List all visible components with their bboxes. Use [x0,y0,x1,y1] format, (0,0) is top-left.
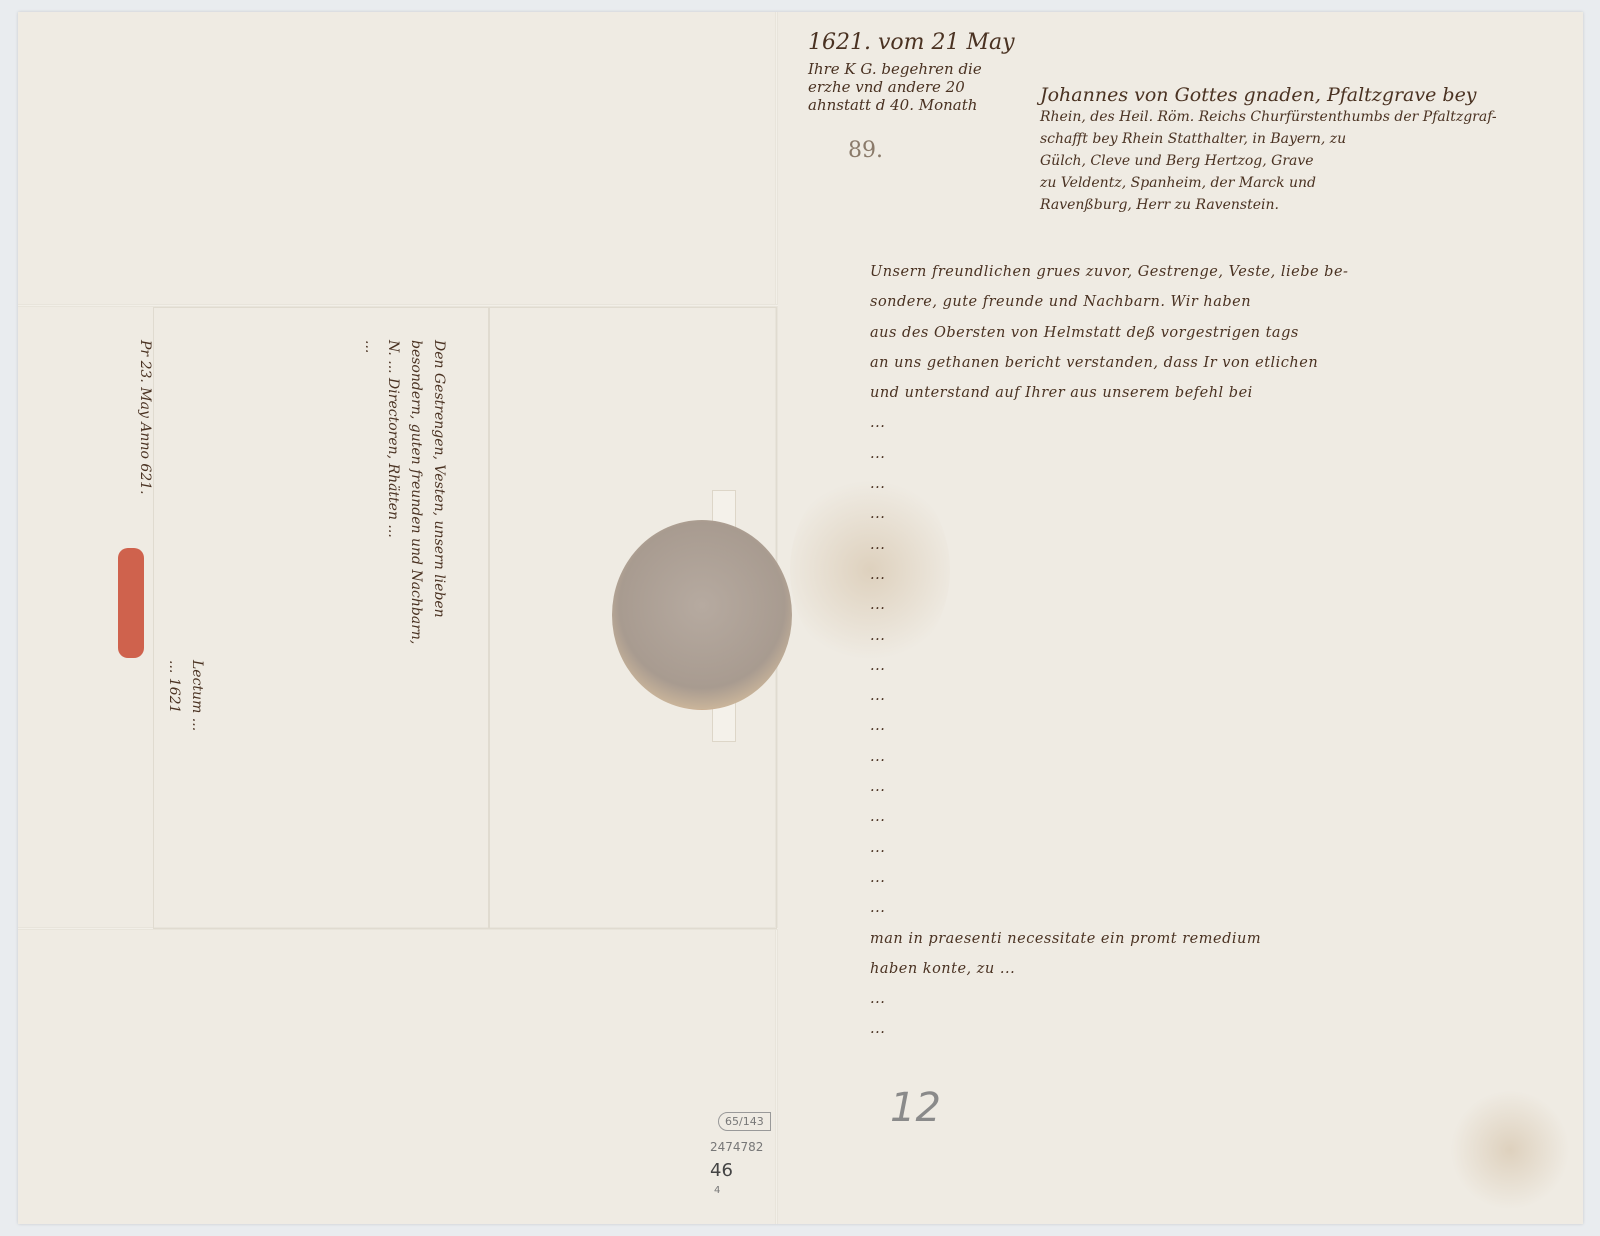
body-line: ... [870,743,1550,773]
body-line: ... [870,591,1550,621]
body-line: ... [870,1015,1550,1045]
body-line: haben konte, zu ... [870,955,1550,985]
corner-stain [1450,1090,1570,1210]
body-line: ... [870,834,1550,864]
summary-line: ahnstatt d 40. Monath [808,96,1038,114]
title-line: Rhein, des Heil. Röm. Reichs Churfürsten… [1040,106,1497,128]
body-line: ... [870,531,1550,561]
address-text: Den Gestrengen, Vesten, unsern lieben be… [133,340,450,900]
body-line: ... [870,894,1550,924]
folio-number: 89. [848,138,883,163]
address-line: besondern, guten freunden und Nachbarn, [404,340,427,900]
title-line: Gülch, Cleve und Berg Hertzog, Grave [1040,150,1497,172]
sheet-number: 46 [710,1160,733,1181]
red-wax-remnant [118,548,144,658]
body-line: aus des Obersten von Helmstatt deß vorge… [870,319,1550,349]
address-block: Den Gestrengen, Vesten, unsern lieben be… [170,340,450,900]
archive-circle-mark: 65/143 [718,1112,771,1131]
body-line: ... [870,561,1550,591]
body-line: man in praesenti necessitate ein promt r… [870,925,1550,955]
page-number: 12 [890,1085,941,1131]
body-line: ... [870,440,1550,470]
address-line: Den Gestrengen, Vesten, unsern lieben [427,340,450,900]
body-line: ... [870,470,1550,500]
body-line: und unterstand auf Ihrer aus unserem bef… [870,379,1550,409]
body-line: sondere, gute freunde und Nachbarn. Wir … [870,288,1550,318]
address-line: ... [358,340,381,900]
body-line: ... [870,803,1550,833]
summary-note: Ihre K G. begehren die erzhe vnd andere … [808,60,1038,114]
body-line: ... [870,985,1550,1015]
title-line: Ravenßburg, Herr zu Ravenstein. [1040,194,1497,216]
body-line: ... [870,712,1550,742]
wax-seal [612,520,792,710]
opening-line: Johannes von Gottes gnaden, Pfaltzgrave … [1040,84,1497,106]
body-line: ... [870,409,1550,439]
body-line: ... [870,500,1550,530]
title-line: schafft bey Rhein Statthalter, in Bayern… [1040,128,1497,150]
summary-line: erzhe vnd andere 20 [808,78,1038,96]
letter-heading: Johannes von Gottes gnaden, Pfaltzgrave … [1040,84,1497,216]
body-line: ... [870,864,1550,894]
body-line: ... [870,622,1550,652]
inventory-number: 2474782 [710,1140,763,1154]
address-line: N. ... Directoren, Rhätten ... [381,340,404,900]
body-line: ... [870,773,1550,803]
body-line: ... [870,682,1550,712]
body-line: an uns gethanen bericht verstanden, dass… [870,349,1550,379]
title-lines: Rhein, des Heil. Röm. Reichs Churfürsten… [1040,106,1497,216]
endorsement: ... 1621 [162,660,185,900]
small-mark: 4 [714,1185,720,1196]
summary-line: Ihre K G. begehren die [808,60,1038,78]
body-line: Unsern freundlichen grues zuvor, Gestren… [870,258,1550,288]
body-line: ... [870,652,1550,682]
letter-body: Unsern freundlichen grues zuvor, Gestren… [870,258,1550,1046]
title-line: zu Veldentz, Spanheim, der Marck und [1040,172,1497,194]
date-line: 1621. vom 21 May [808,30,1015,55]
endorsement: Lectum ... [185,660,208,900]
